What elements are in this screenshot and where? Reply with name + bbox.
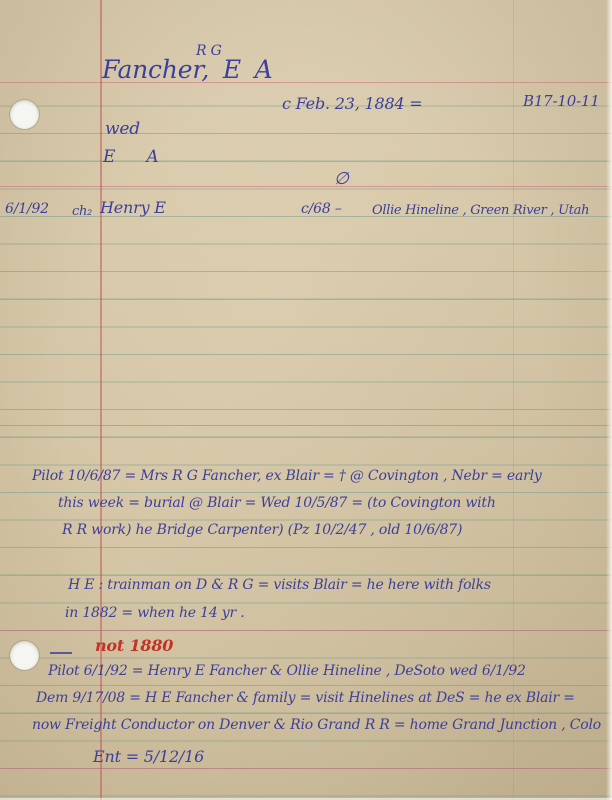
file-code: B17-10-11 bbox=[523, 88, 600, 116]
wed-label: wed bbox=[105, 116, 140, 144]
note-1887-line3: R R work) he Bridge Carpenter) (Pz 10/2/… bbox=[62, 517, 462, 545]
note-1892-line3: now Freight Conductor on Denver & Rio Gr… bbox=[32, 712, 601, 740]
rule-line-pink bbox=[0, 425, 612, 426]
note-1892-line1: Pilot 6/1/92 = Henry E Fancher & Ollie H… bbox=[48, 658, 526, 686]
note-trainman-line2: in 1882 = when he 14 yr . bbox=[65, 600, 244, 628]
age-entry: c/68 – bbox=[301, 196, 342, 224]
rule-line-pink bbox=[0, 82, 612, 83]
note-trainman-line1: H E : trainman on D & R G = visits Blair… bbox=[68, 572, 491, 600]
page-right-edge bbox=[606, 0, 612, 800]
note-1892-line2: Dem 9/17/08 = H E Fancher & family = vis… bbox=[36, 685, 575, 713]
ink-dash bbox=[50, 652, 72, 654]
birth-date: c Feb. 23, 1884 = bbox=[282, 90, 423, 118]
note-1887-line2: this week = burial @ Blair = Wed 10/5/87… bbox=[58, 490, 496, 518]
marriage-code: ch₂ bbox=[72, 198, 92, 226]
spouse-entry: Ollie Hineline , Green River , Utah bbox=[372, 197, 589, 225]
punch-hole-bottom bbox=[10, 641, 39, 670]
rule-line-pink bbox=[0, 630, 612, 631]
rule-line-pink bbox=[0, 768, 612, 769]
punch-hole-top bbox=[10, 100, 39, 129]
groom-name: Henry E bbox=[100, 194, 166, 222]
entered-date: Ent = 5/12/16 bbox=[93, 743, 204, 771]
marriage-date: 6/1/92 bbox=[5, 196, 49, 224]
null-symbol: ∅ bbox=[334, 166, 349, 194]
initials-line: E A bbox=[103, 144, 159, 172]
rule-line-pink bbox=[0, 186, 612, 187]
note-1887-line1: Pilot 10/6/87 = Mrs R G Fancher, ex Blai… bbox=[32, 463, 542, 491]
red-correction-note: not 1880 bbox=[95, 632, 173, 660]
surname-title: Fancher, E A bbox=[102, 56, 273, 84]
scanned-ledger-page: R G Fancher, E A c Feb. 23, 1884 = B17-1… bbox=[0, 0, 612, 800]
